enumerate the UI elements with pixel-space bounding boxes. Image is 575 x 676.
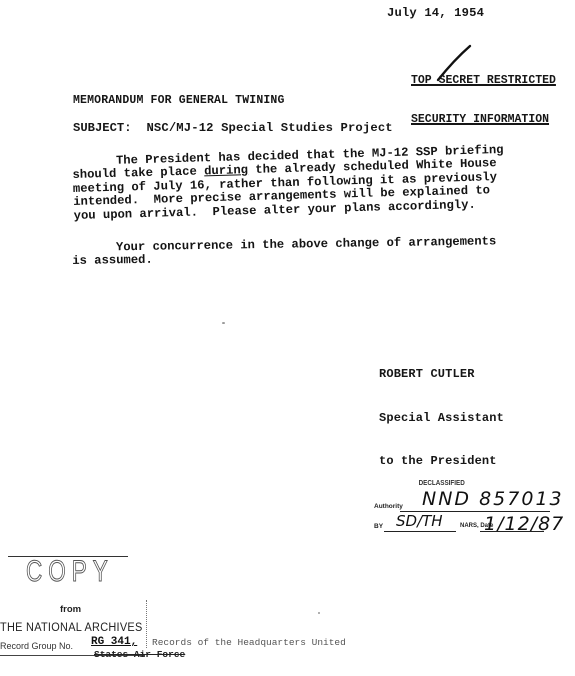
by-value: SD/TH bbox=[396, 512, 443, 530]
authority-value: NND 857013 bbox=[422, 488, 564, 510]
memo-page: { "document": { "date": "July 14, 1954",… bbox=[0, 0, 575, 676]
declassification-stamp: DECLASSIFIED Authority NND 857013 BY SD/… bbox=[372, 478, 562, 548]
record-group-value: RG 341, bbox=[91, 636, 137, 648]
by-label: BY bbox=[374, 523, 383, 530]
classification-line-2: SECURITY INFORMATION bbox=[411, 113, 556, 126]
signer-name: ROBERT CUTLER bbox=[379, 367, 504, 382]
stamp-rule bbox=[480, 531, 544, 532]
from-label: from bbox=[60, 604, 81, 615]
signature-block: ROBERT CUTLER Special Assistant to the P… bbox=[379, 338, 504, 483]
record-group-description: Records of the Headquarters United bbox=[152, 637, 346, 649]
scan-speck bbox=[222, 322, 225, 324]
memo-subject: SUBJECT: NSC/MJ-12 Special Studies Proje… bbox=[73, 121, 393, 135]
record-group-description-cont: States Air Force bbox=[94, 649, 185, 660]
memo-body: The President has decided that the MJ-12… bbox=[72, 143, 544, 223]
archives-name: THE NATIONAL ARCHIVES bbox=[0, 622, 143, 634]
memo-date: July 14, 1954 bbox=[387, 6, 484, 20]
stamp-edge bbox=[146, 600, 147, 648]
subject-label: SUBJECT: bbox=[73, 121, 132, 135]
signer-title: to the President bbox=[379, 454, 504, 469]
authority-label: Authority bbox=[374, 503, 403, 510]
record-group-label: Record Group No. bbox=[0, 641, 73, 651]
classification-strike-mark bbox=[432, 44, 472, 82]
memo-addressee: MEMORANDUM FOR GENERAL TWINING bbox=[73, 94, 285, 107]
copy-label: COPY bbox=[26, 555, 114, 589]
signer-title: Special Assistant bbox=[379, 411, 504, 426]
stamp-rule bbox=[384, 531, 456, 532]
subject-text: NSC/MJ-12 Special Studies Project bbox=[146, 121, 392, 135]
declassified-heading: DECLASSIFIED bbox=[419, 480, 465, 487]
memo-closing-paragraph: Your concurrence in the above change of … bbox=[72, 235, 497, 268]
scan-speck bbox=[318, 612, 320, 614]
